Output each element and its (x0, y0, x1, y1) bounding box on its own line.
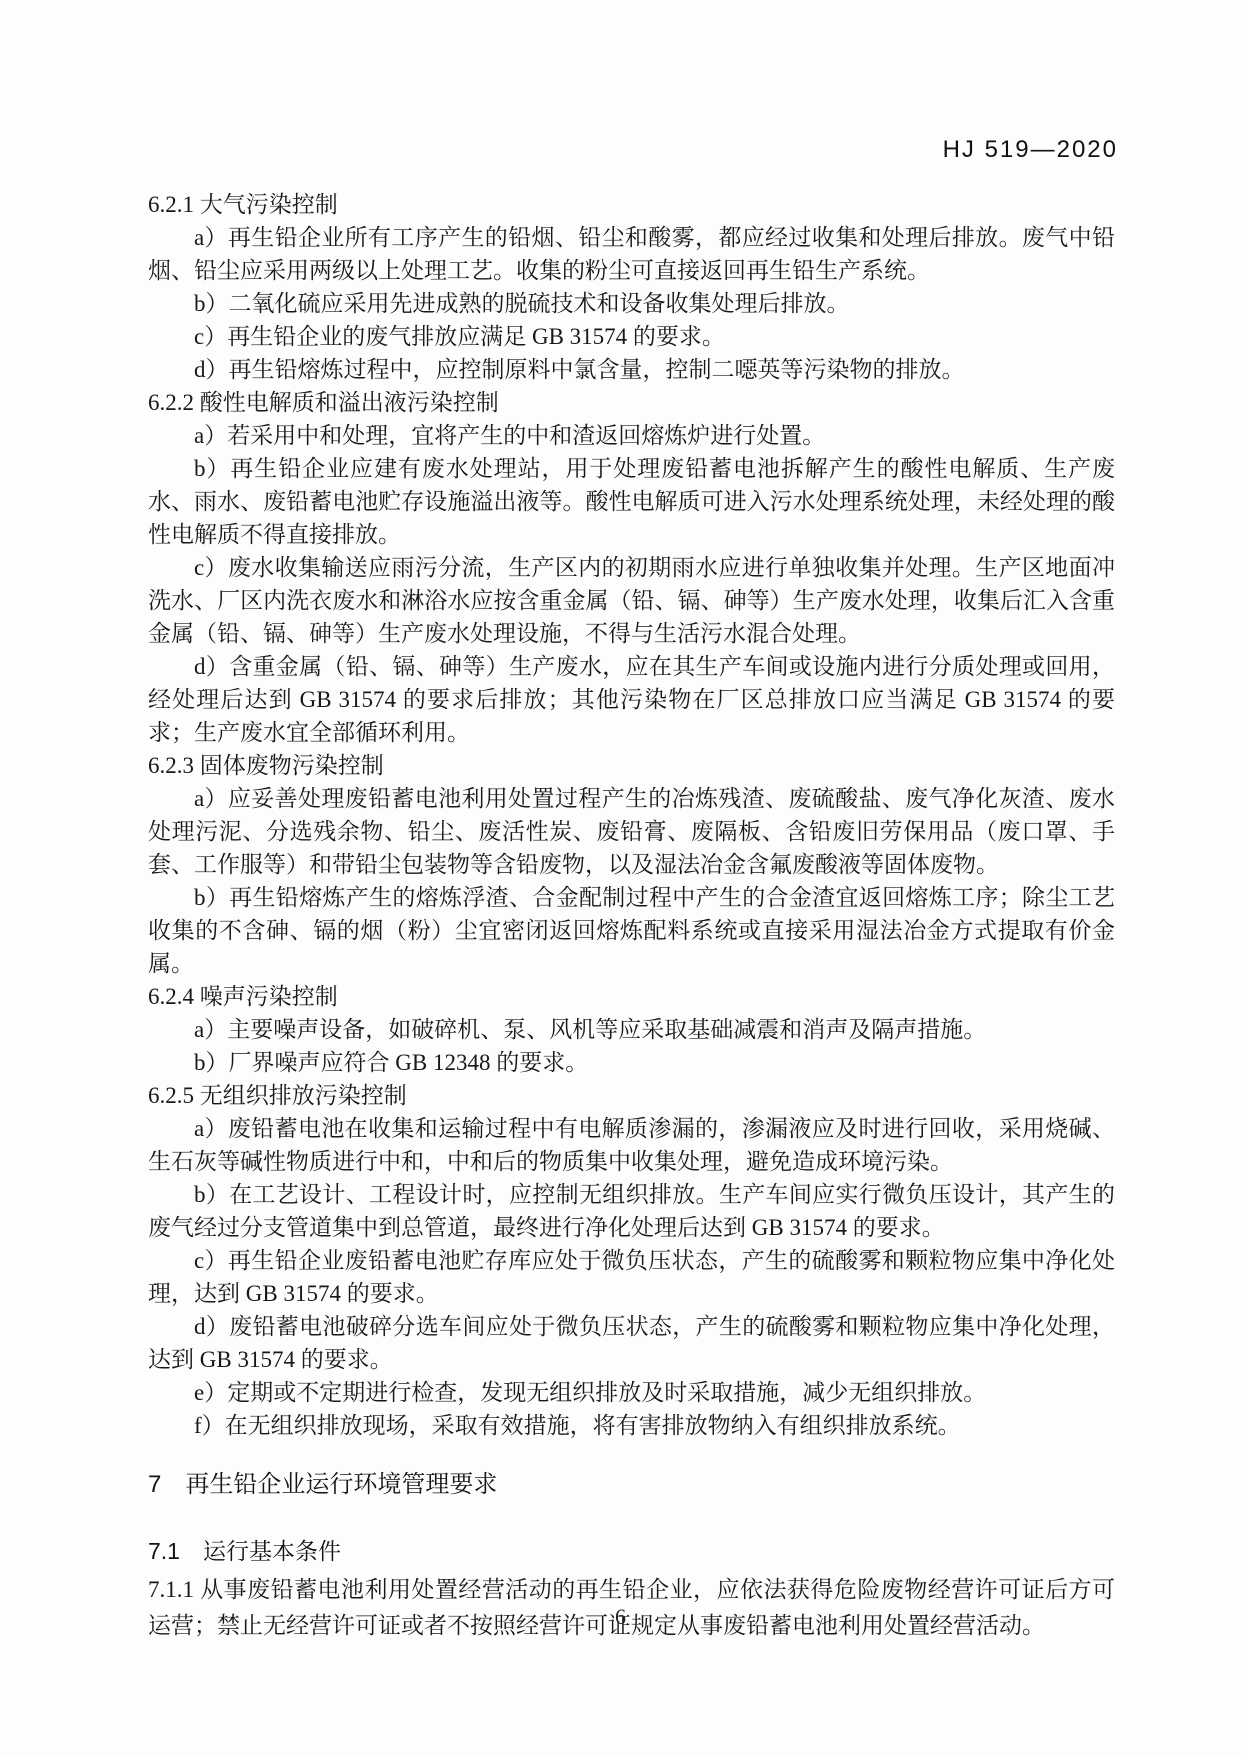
standard-number-header: HJ 519—2020 (943, 136, 1118, 164)
list-item-paragraph: d）废铅蓄电池破碎分选车间应处于微负压状态，产生的硫酸雾和颗粒物应集中净化处理，… (148, 1310, 1115, 1376)
list-item-paragraph: a）再生铅企业所有工序产生的铅烟、铅尘和酸雾，都应经过收集和处理后排放。废气中铅… (148, 221, 1115, 287)
list-item-paragraph: b）再生铅企业应建有废水处理站，用于处理废铅蓄电池拆解产生的酸性电解质、生产废水… (148, 452, 1115, 551)
list-item-paragraph: a）应妥善处理废铅蓄电池利用处置过程产生的冶炼残渣、废硫酸盐、废气净化灰渣、废水… (148, 782, 1115, 881)
section-heading: 6.2.2 酸性电解质和溢出液污染控制 (148, 386, 1115, 419)
list-item-paragraph: f）在无组织排放现场，采取有效措施，将有害排放物纳入有组织排放系统。 (148, 1409, 1115, 1442)
page-number: 6 (0, 1604, 1241, 1630)
list-item-paragraph: b）在工艺设计、工程设计时，应控制无组织排放。生产车间应实行微负压设计，其产生的… (148, 1178, 1115, 1244)
section-heading: 6.2.5 无组织排放污染控制 (148, 1079, 1115, 1112)
subsection-heading: 7.1 运行基本条件 (148, 1535, 1115, 1568)
list-item-paragraph: c）废水收集输送应雨污分流，生产区内的初期雨水应进行单独收集并处理。生产区地面冲… (148, 551, 1115, 650)
chapter-heading: 7 再生铅企业运行环境管理要求 (148, 1468, 1115, 1501)
document-page: HJ 519—2020 6.2.1 大气污染控制a）再生铅企业所有工序产生的铅烟… (0, 0, 1241, 1755)
section-heading: 6.2.3 固体废物污染控制 (148, 749, 1115, 782)
section-heading: 6.2.4 噪声污染控制 (148, 980, 1115, 1013)
list-item-paragraph: b）再生铅熔炼产生的熔炼浮渣、合金配制过程中产生的合金渣宜返回熔炼工序；除尘工艺… (148, 881, 1115, 980)
list-item-paragraph: a）主要噪声设备，如破碎机、泵、风机等应采取基础减震和消声及隔声措施。 (148, 1013, 1115, 1046)
list-item-paragraph: c）再生铅企业的废气排放应满足 GB 31574 的要求。 (148, 320, 1115, 353)
document-body: 6.2.1 大气污染控制a）再生铅企业所有工序产生的铅烟、铅尘和酸雾，都应经过收… (148, 188, 1115, 1644)
list-item-paragraph: a）若采用中和处理，宜将产生的中和渣返回熔炼炉进行处置。 (148, 419, 1115, 452)
list-item-paragraph: a）废铅蓄电池在收集和运输过程中有电解质渗漏的，渗漏液应及时进行回收，采用烧碱、… (148, 1112, 1115, 1178)
section-heading: 6.2.1 大气污染控制 (148, 188, 1115, 221)
list-item-paragraph: d）再生铅熔炼过程中，应控制原料中氯含量，控制二噁英等污染物的排放。 (148, 353, 1115, 386)
list-item-paragraph: e）定期或不定期进行检查，发现无组织排放及时采取措施，减少无组织排放。 (148, 1376, 1115, 1409)
list-item-paragraph: c）再生铅企业废铅蓄电池贮存库应处于微负压状态，产生的硫酸雾和颗粒物应集中净化处… (148, 1244, 1115, 1310)
list-item-paragraph: b）厂界噪声应符合 GB 12348 的要求。 (148, 1046, 1115, 1079)
list-item-paragraph: b）二氧化硫应采用先进成熟的脱硫技术和设备收集处理后排放。 (148, 287, 1115, 320)
list-item-paragraph: d）含重金属（铅、镉、砷等）生产废水，应在其生产车间或设施内进行分质处理或回用，… (148, 650, 1115, 749)
